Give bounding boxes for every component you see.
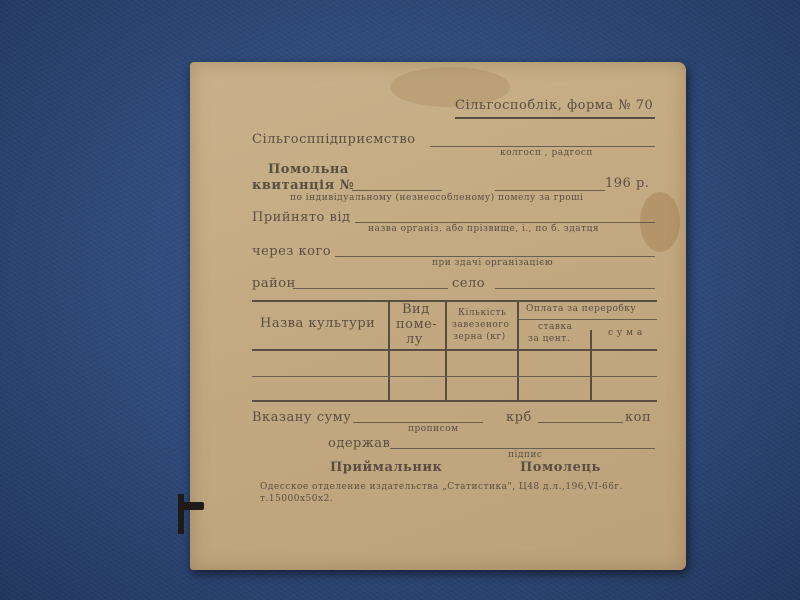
form-header: Сільгоспоблік, форма № 70: [455, 98, 653, 113]
district-field[interactable]: [293, 288, 448, 289]
signature-field[interactable]: [390, 448, 655, 449]
through-field[interactable]: [335, 256, 655, 257]
col-qty-1: Кількість: [458, 308, 506, 318]
received-from-label: Прийнято від: [252, 210, 351, 225]
receipt-title-2: квитанція №: [252, 178, 354, 193]
staple: [180, 502, 204, 510]
received-from-field[interactable]: [355, 222, 655, 223]
kop-label: коп: [625, 410, 651, 425]
enterprise-field[interactable]: [430, 146, 655, 147]
receipt-subtitle: по індивідуальному (незнеособленому) пом…: [290, 193, 583, 203]
date-field[interactable]: [495, 190, 605, 191]
col-rate-1: ставка: [538, 322, 572, 332]
through-label: через кого: [252, 244, 331, 259]
imprint-line-1: Одесское отделение издательства „Статист…: [260, 482, 623, 492]
amount-label: Вказану суму: [252, 410, 351, 425]
year-suffix: 196 р.: [605, 176, 649, 191]
amount-field[interactable]: [353, 422, 483, 423]
table-subheader-border: [519, 319, 657, 320]
receiver-label: Приймальник: [330, 460, 442, 475]
table-header-border: [252, 349, 657, 351]
district-label: район: [252, 276, 296, 291]
krb-label: крб: [506, 410, 532, 425]
table-top-border: [252, 300, 657, 302]
staple: [178, 494, 184, 534]
miller-label: Помолець: [520, 460, 601, 475]
village-field[interactable]: [495, 288, 655, 289]
col-grind-3: лу: [406, 332, 423, 347]
receipt-form: Сільгоспоблік, форма № 70 Сільгосппідпри…: [190, 62, 686, 570]
table-divider: [590, 330, 592, 400]
signature-hint: підпис: [508, 450, 542, 460]
imprint-line-2: т.15000х50х2.: [260, 494, 333, 504]
col-sum: с у м а: [608, 328, 643, 338]
received-label: одержав: [328, 436, 390, 451]
col-culture: Назва культури: [260, 316, 375, 331]
col-grind-1: Вид: [402, 302, 430, 317]
col-qty-3: зерна (кг): [453, 332, 506, 342]
receipt-number-field[interactable]: [352, 190, 442, 191]
col-qty-2: завезеного: [452, 320, 509, 330]
col-payment: Оплата за переробку: [526, 304, 636, 314]
village-label: село: [452, 276, 485, 291]
receipt-title-1: Помольна: [268, 162, 349, 177]
table-row[interactable]: [252, 376, 657, 377]
enterprise-hint: колгосп , радгосп: [500, 148, 593, 158]
table-bottom-border: [252, 400, 657, 402]
header-underline: [455, 117, 655, 119]
kop-field[interactable]: [538, 422, 623, 423]
through-hint: при здачі організацією: [432, 258, 553, 268]
col-grind-2: поме-: [396, 317, 437, 332]
col-rate-2: за цент.: [528, 334, 570, 344]
received-from-hint: назва організ. або прізвище, і., по б. з…: [368, 224, 599, 234]
amount-hint: прописом: [408, 424, 459, 434]
enterprise-label: Сільгосппідприємство: [252, 132, 416, 147]
